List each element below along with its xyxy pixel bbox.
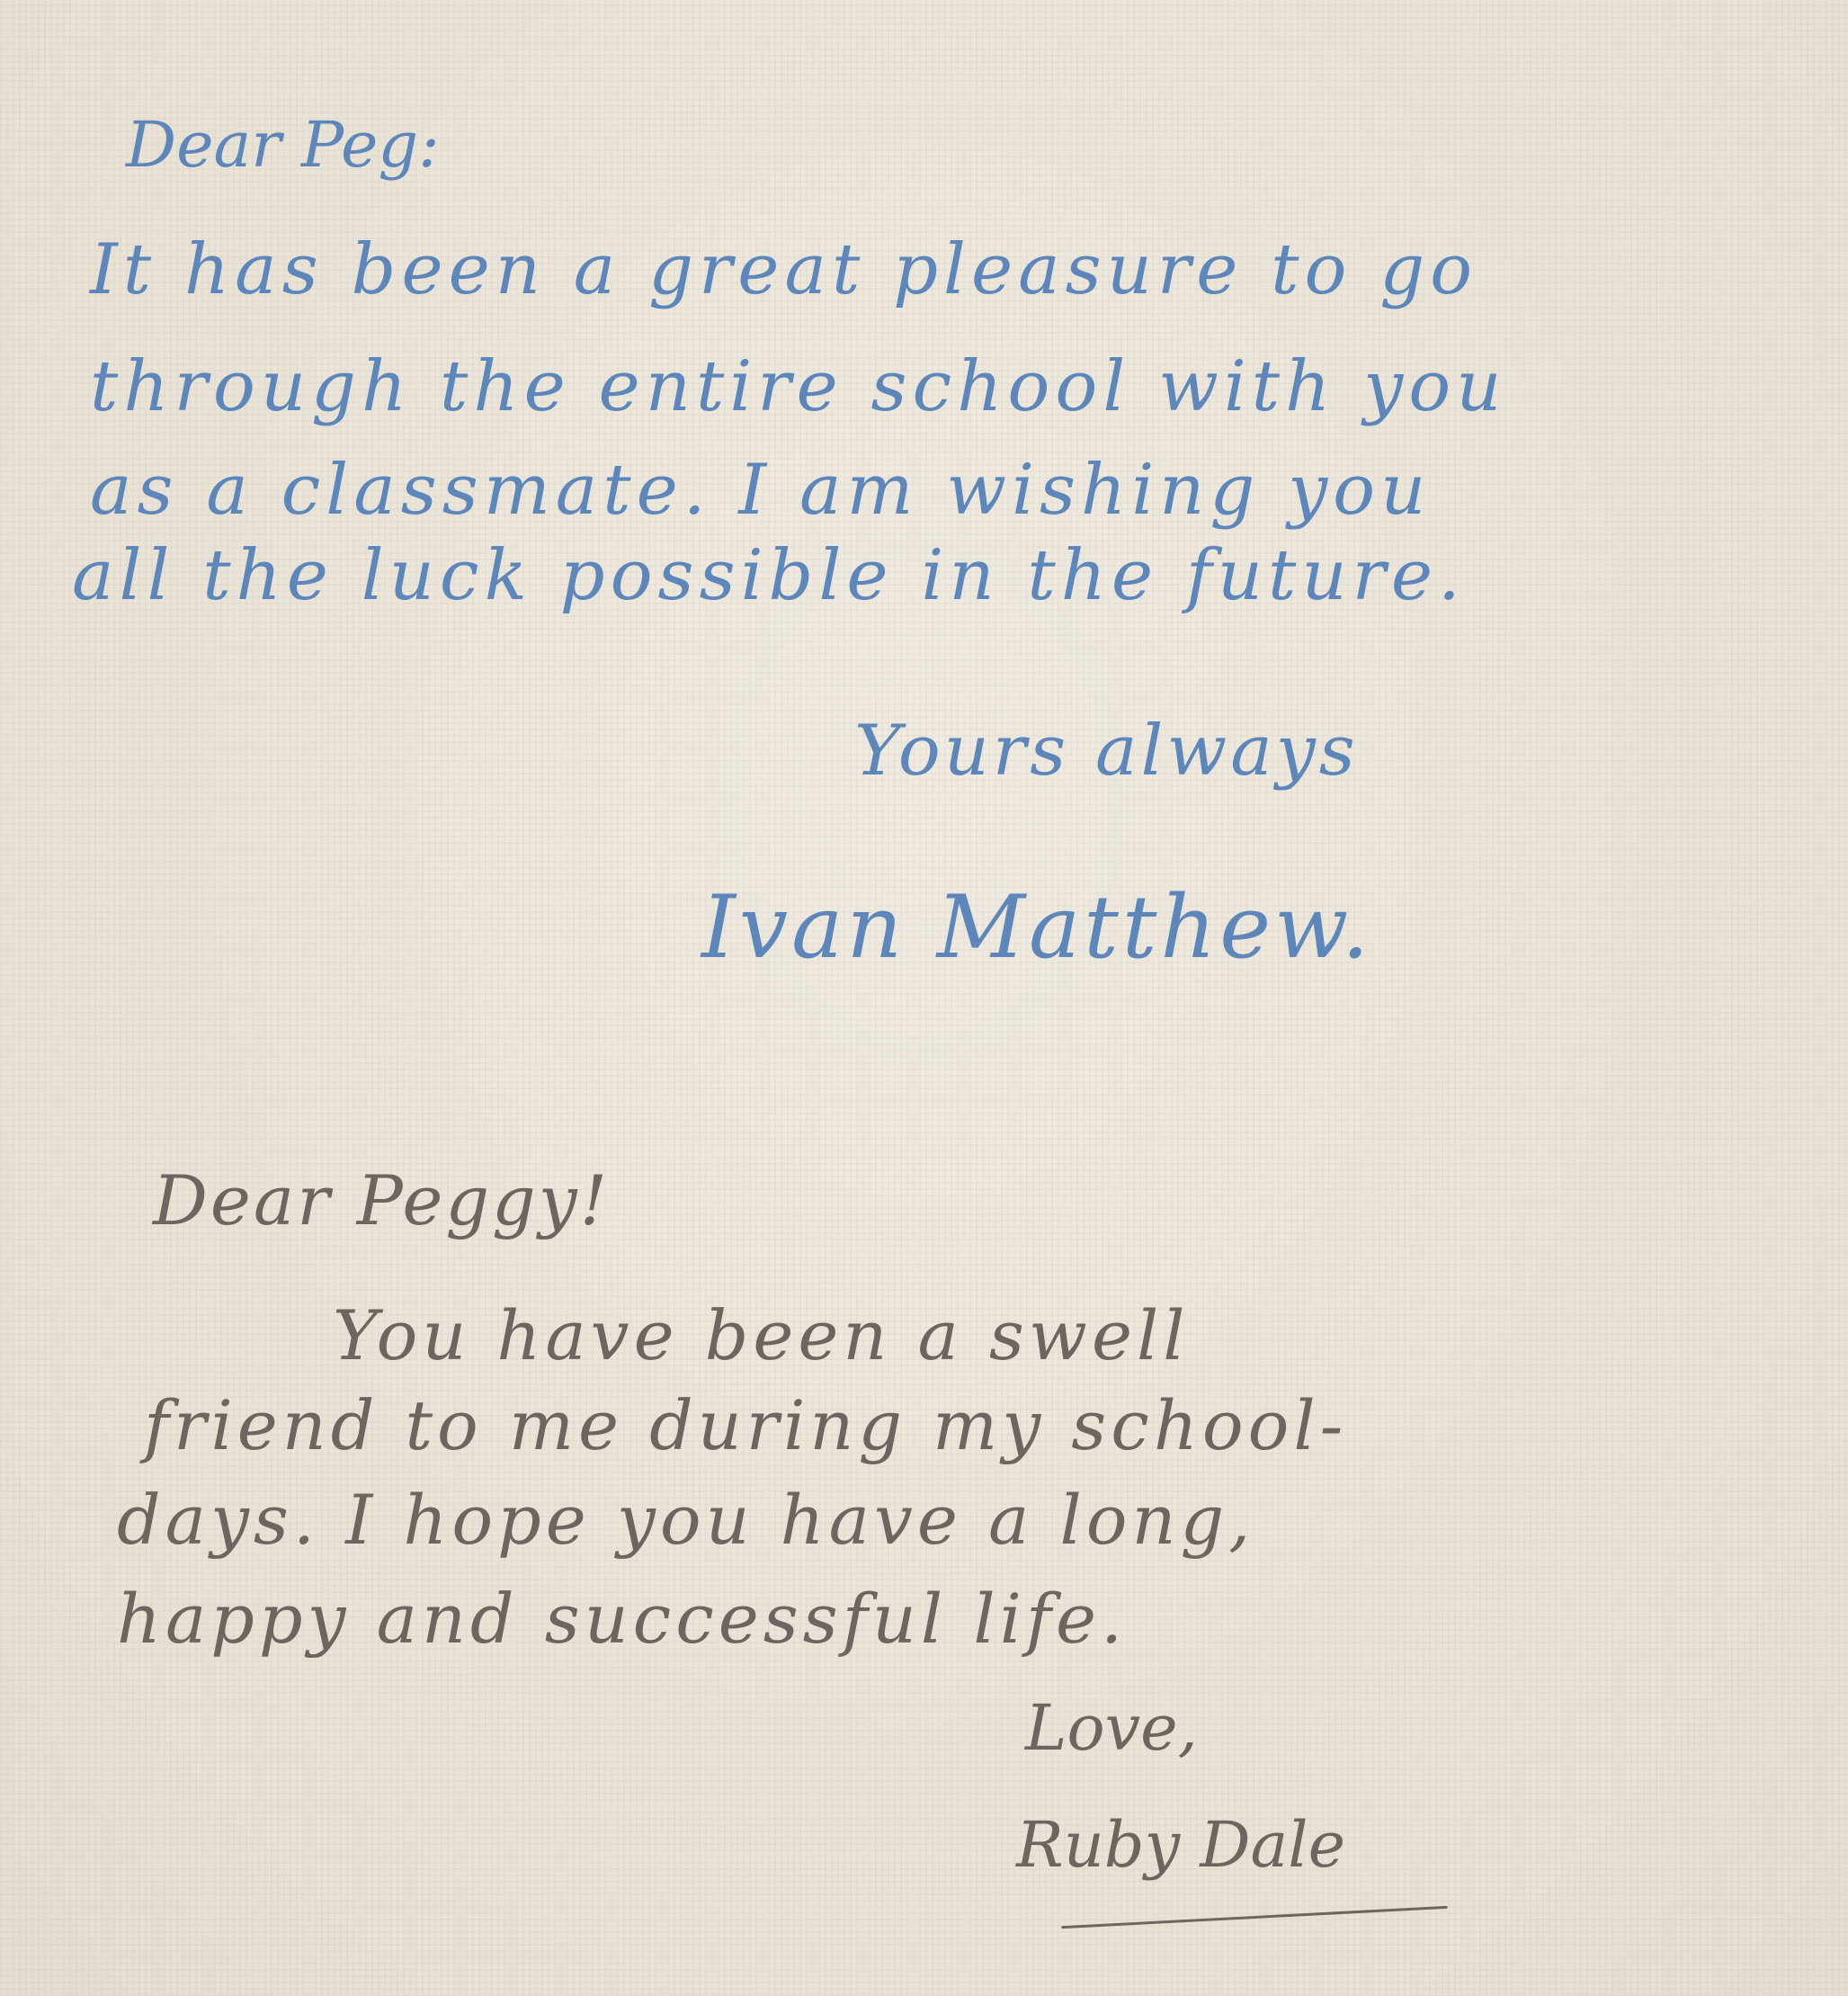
note-2-signature: Ruby Dale xyxy=(1016,1808,1345,1882)
note-1-body-line: It has been a great pleasure to go xyxy=(90,229,1478,310)
note-1-closing: Yours always xyxy=(854,711,1359,792)
note-2-body-line: You have been a swell xyxy=(333,1295,1190,1375)
note-2-body-line: happy and successful life. xyxy=(117,1579,1127,1659)
note-1-body-line: through the entire school with you xyxy=(90,346,1506,427)
note-2-body-line: days. I hope you have a long, xyxy=(117,1480,1254,1560)
note-1-signature: Ivan Matthew. xyxy=(701,877,1372,978)
note-1-salutation: Dear Peg: xyxy=(126,108,440,182)
note-1-body-line: as a classmate. I am wishing you xyxy=(90,450,1431,531)
letter-page: Dear Peg: It has been a great pleasure t… xyxy=(0,0,1848,1996)
note-2-body-line: friend to me during my school- xyxy=(144,1385,1347,1465)
signature-underline-flourish xyxy=(1061,1906,1448,1929)
note-2-closing: Love, xyxy=(1025,1691,1198,1765)
note-1-body-line: all the luck possible in the future. xyxy=(72,535,1466,616)
note-2-salutation: Dear Peggy! xyxy=(153,1160,610,1240)
